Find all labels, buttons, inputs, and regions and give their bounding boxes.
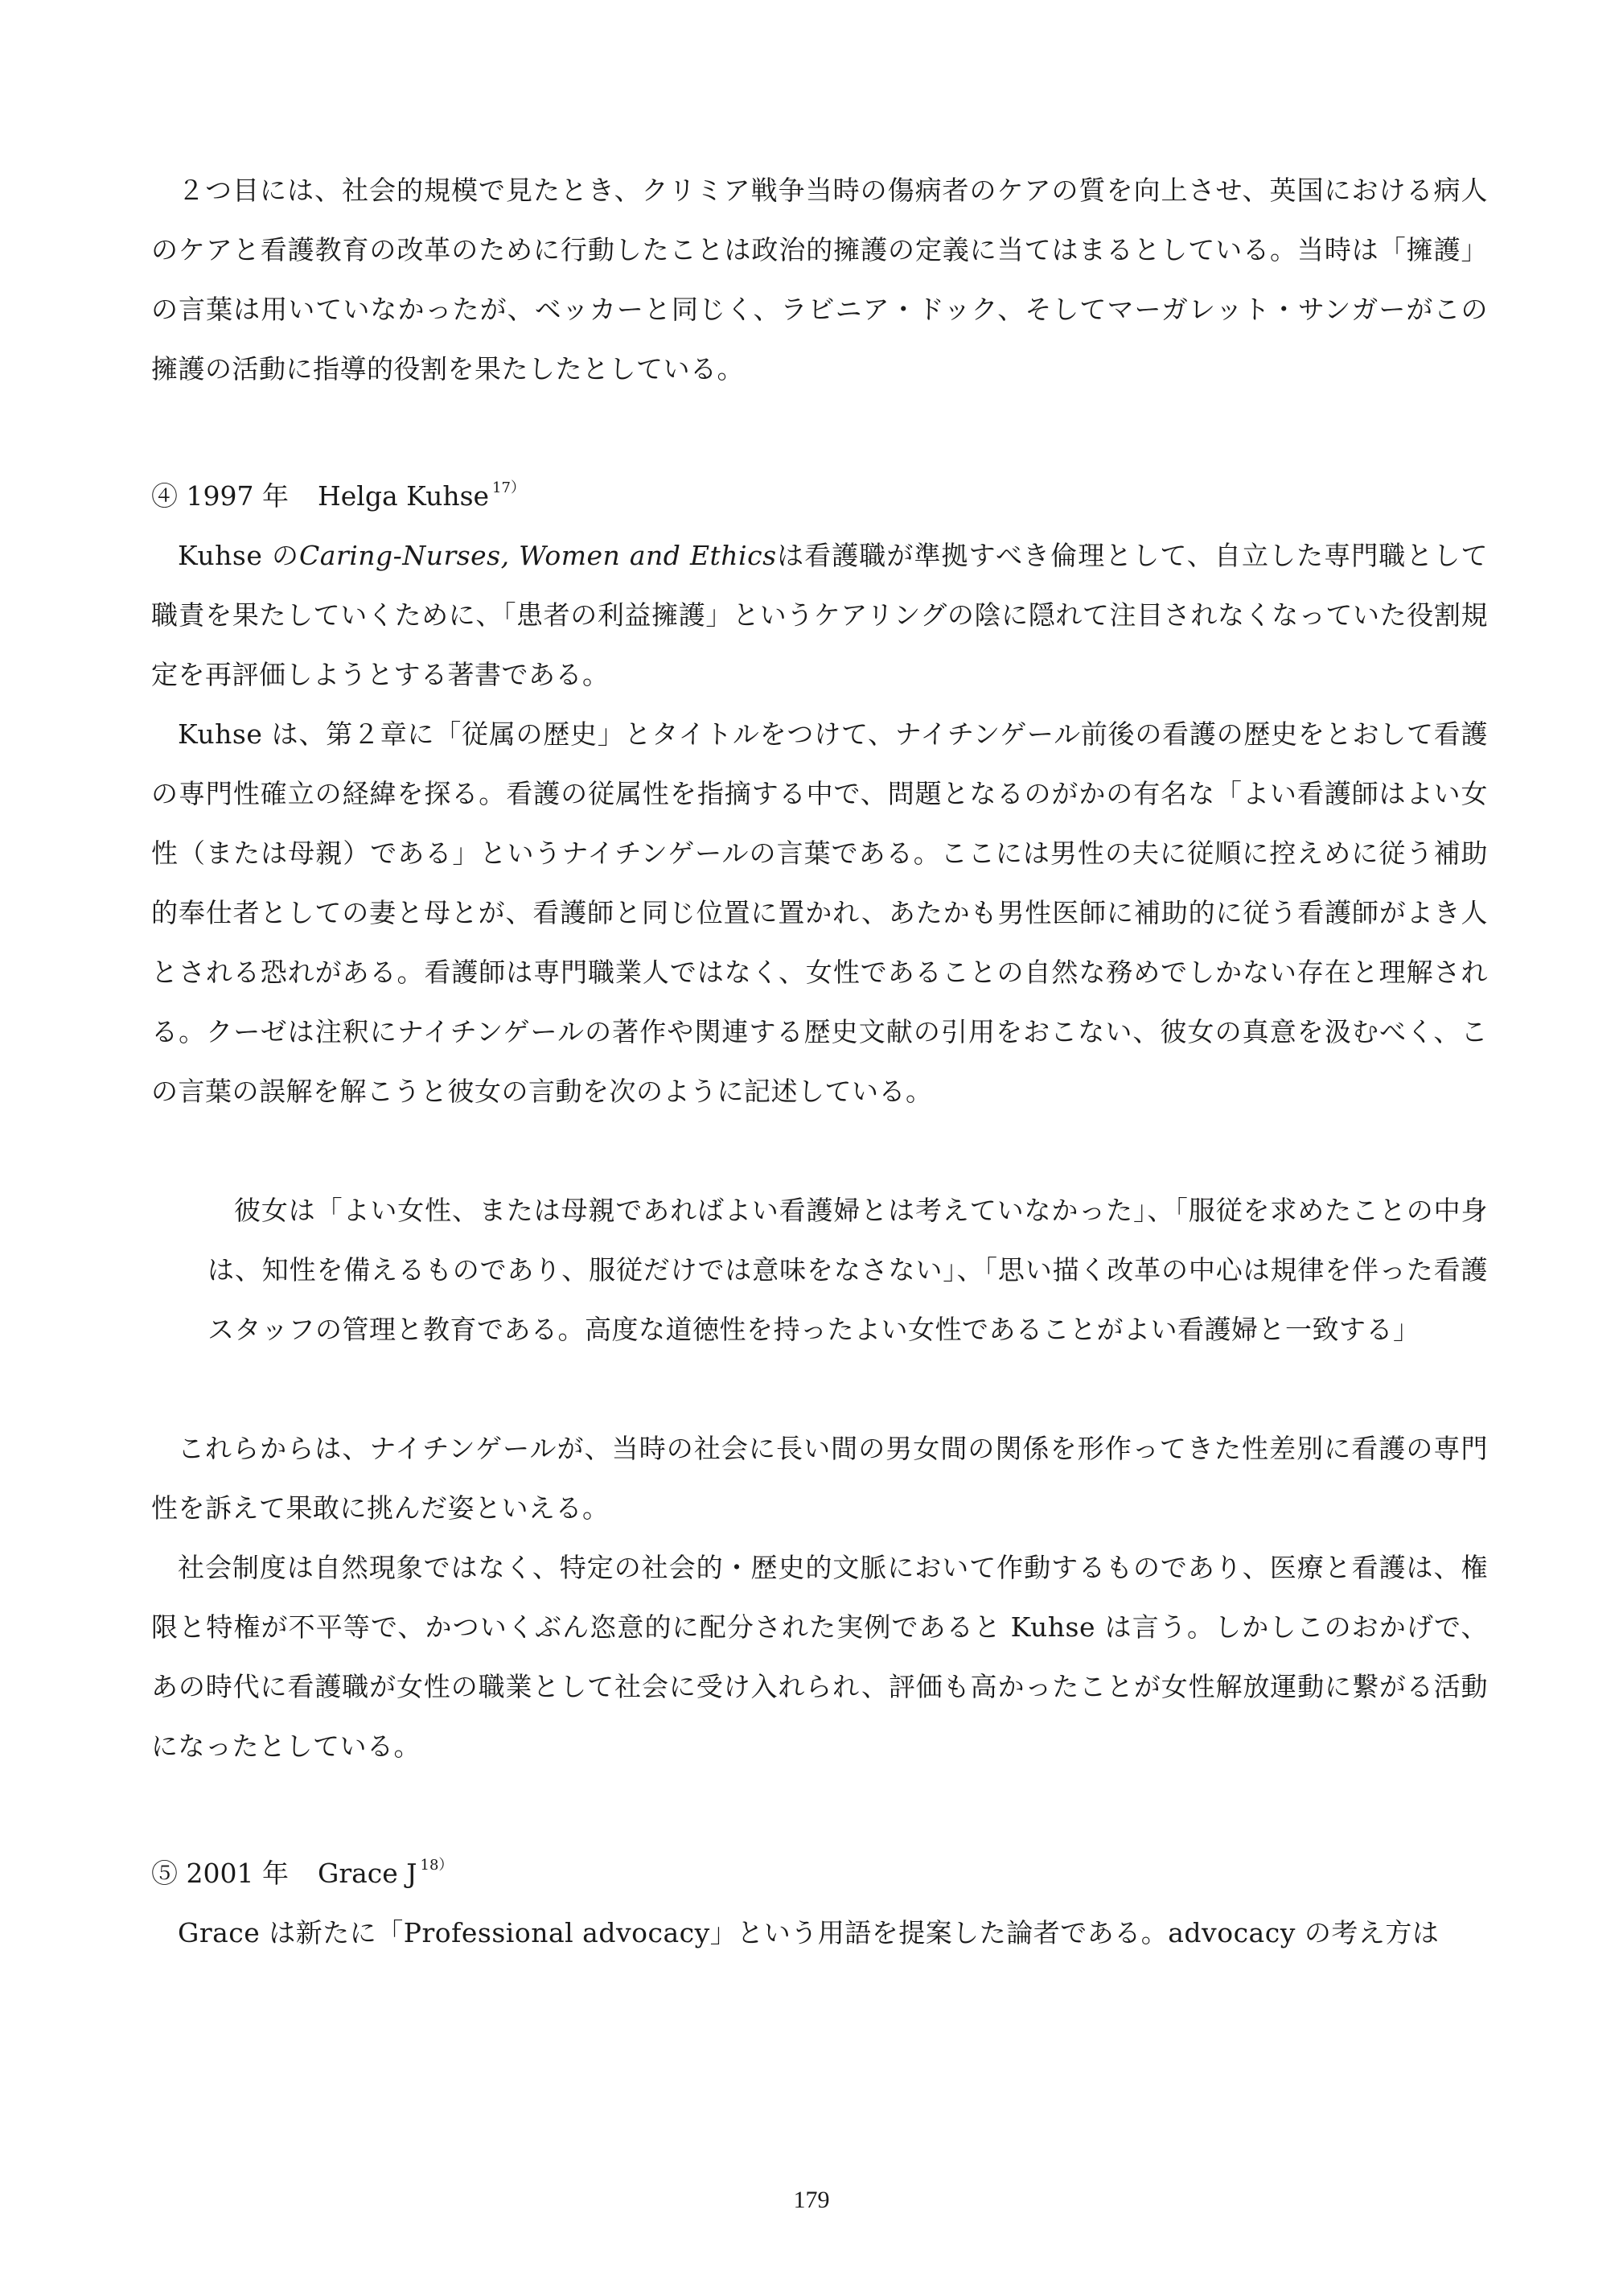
paragraph-kuhse-book: Kuhse のCaring-Nurses, Women and Ethicsは看…: [151, 526, 1488, 705]
section-author: Grace J: [318, 1858, 417, 1889]
paragraph-nightingale-challenge: これらからは、ナイチンゲールが、当時の社会に長い間の男女間の関係を形作ってきた性…: [151, 1419, 1488, 1538]
section-number: ⑤: [151, 1858, 178, 1889]
text-prefix: Kuhse の: [178, 540, 299, 571]
paragraph-social-institutions: 社会制度は自然現象ではなく、特定の社会的・歴史的文脈において作動するものであり、…: [151, 1538, 1488, 1776]
paragraph-grace-professional-advocacy: Grace は新たに「Professional advocacy」という用語を提…: [151, 1903, 1488, 1963]
paragraph-kuhse-chapter2: Kuhse は、第２章に「従属の歴史」とタイトルをつけて、ナイチンゲール前後の看…: [151, 705, 1488, 1121]
section-heading-kuhse: ④ 1997 年Helga Kuhse17）: [151, 459, 1488, 526]
section-year: 1997 年: [187, 480, 289, 512]
block-quote: 彼女は「よい女性、または母親であればよい看護婦とは考えていなかった」、「服従を求…: [151, 1181, 1488, 1360]
section-author: Helga Kuhse: [318, 480, 489, 512]
quote-text: 彼女は「よい女性、または母親であればよい看護婦とは考えていなかった」、「服従を求…: [207, 1181, 1488, 1360]
paragraph-political-advocacy: ２つ目には、社会的規模で見たとき、クリミア戦争当時の傷病者のケアの質を向上させ、…: [151, 161, 1488, 399]
section-number: ④: [151, 480, 178, 512]
book-title: Caring-Nurses, Women and Ethics: [299, 540, 777, 571]
page-number: 179: [0, 2187, 1623, 2214]
document-page: ２つ目には、社会的規模で見たとき、クリミア戦争当時の傷病者のケアの質を向上させ、…: [151, 161, 1488, 1963]
section-heading-grace: ⑤ 2001 年Grace J18）: [151, 1836, 1488, 1903]
section-year: 2001 年: [187, 1858, 289, 1889]
footnote-ref-17[interactable]: 17）: [492, 479, 525, 496]
footnote-ref-18[interactable]: 18）: [421, 1857, 454, 1874]
